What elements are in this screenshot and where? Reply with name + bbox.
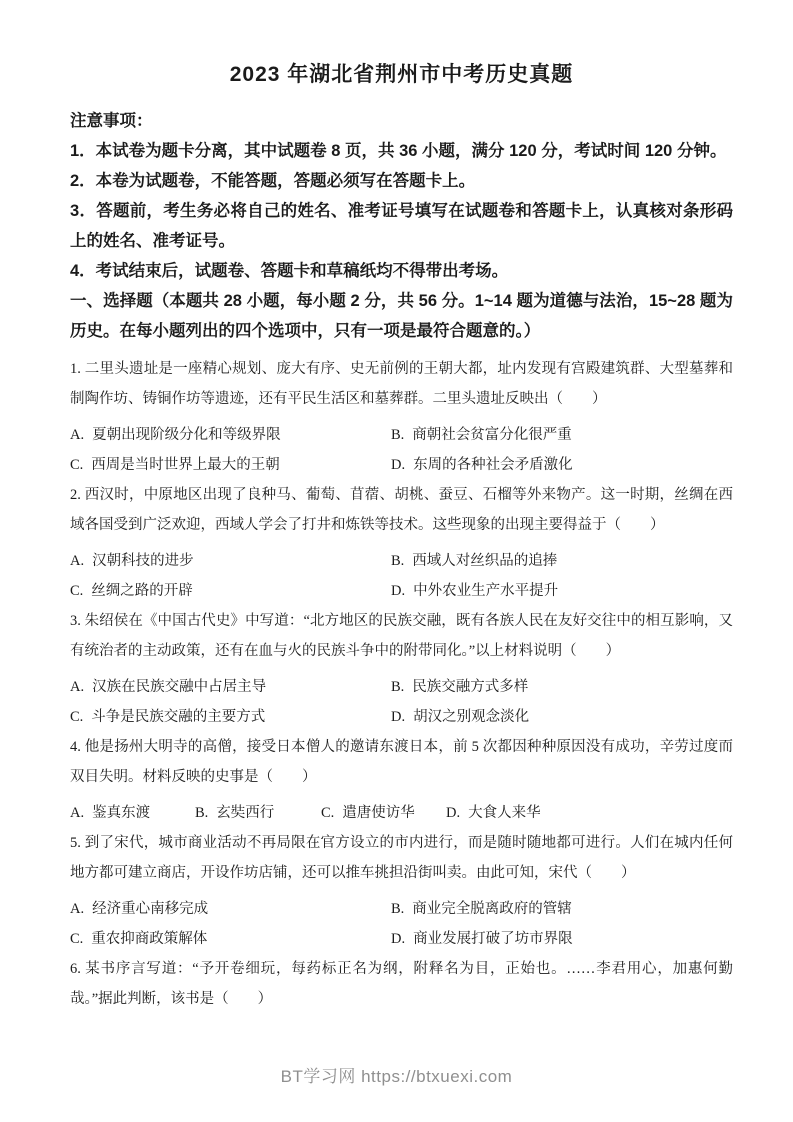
- option-c: C.西周是当时世界上最大的王朝: [70, 450, 391, 480]
- notice-heading: 注意事项：: [70, 106, 733, 136]
- question-4: 4. 他是扬州大明寺的高僧，接受日本僧人的邀请东渡日本，前 5 次都因种种原因没…: [70, 732, 733, 828]
- option-a: A.经济重心南移完成: [70, 894, 391, 924]
- question-3: 3. 朱绍侯在《中国古代史》中写道：“北方地区的民族交融，既有各族人民在友好交往…: [70, 606, 733, 732]
- question-stem: 6. 某书序言写道：“予开卷细玩，每药标正名为纲，附释名为目，正始也。……李君用…: [70, 954, 733, 1014]
- notice-item-1: 1．本试卷为题卡分离，其中试题卷 8 页，共 36 小题，满分 120 分，考试…: [70, 136, 733, 166]
- question-2: 2. 西汉时，中原地区出现了良种马、葡萄、苜蓿、胡桃、蚕豆、石榴等外来物产。这一…: [70, 480, 733, 606]
- question-options: A.鉴真东渡 B.玄奘西行 C.遣唐使访华 D.大食人来华: [70, 798, 733, 828]
- notice-block: 注意事项： 1．本试卷为题卡分离，其中试题卷 8 页，共 36 小题，满分 12…: [70, 106, 733, 286]
- exam-title: 2023 年湖北省荆州市中考历史真题: [70, 60, 733, 90]
- option-a: A.鉴真东渡: [70, 798, 195, 828]
- option-c: C.遣唐使访华: [321, 798, 446, 828]
- question-stem: 1. 二里头遗址是一座精心规划、庞大有序、史无前例的王朝大都，址内发现有宫殿建筑…: [70, 354, 733, 414]
- notice-item-3: 3．答题前，考生务必将自己的姓名、准考证号填写在试题卷和答题卡上，认真核对条形码…: [70, 196, 733, 256]
- question-options: A.经济重心南移完成 B.商业完全脱离政府的管辖 C.重农抑商政策解体 D.商业…: [70, 894, 733, 954]
- exam-paper-page: 2023 年湖北省荆州市中考历史真题 注意事项： 1．本试卷为题卡分离，其中试题…: [0, 0, 793, 1122]
- question-stem: 2. 西汉时，中原地区出现了良种马、葡萄、苜蓿、胡桃、蚕豆、石榴等外来物产。这一…: [70, 480, 733, 540]
- option-a: A.汉族在民族交融中占居主导: [70, 672, 391, 702]
- option-a: A.夏朝出现阶级分化和等级界限: [70, 420, 391, 450]
- option-d: D.商业发展打破了坊市界限: [391, 924, 733, 954]
- option-b: B.玄奘西行: [195, 798, 321, 828]
- question-stem: 4. 他是扬州大明寺的高僧，接受日本僧人的邀请东渡日本，前 5 次都因种种原因没…: [70, 732, 733, 792]
- option-b: B.商业完全脱离政府的管辖: [391, 894, 733, 924]
- watermark-footer: BT学习网 https://btxuexi.com: [0, 1062, 793, 1087]
- page-content: 2023 年湖北省荆州市中考历史真题 注意事项： 1．本试卷为题卡分离，其中试题…: [0, 0, 793, 1014]
- option-c: C.重农抑商政策解体: [70, 924, 391, 954]
- option-b: B.民族交融方式多样: [391, 672, 733, 702]
- section-heading-multiple-choice: 一、选择题（本题共 28 小题，每小题 2 分，共 56 分。1~14 题为道德…: [70, 286, 733, 346]
- option-d: D.大食人来华: [446, 798, 733, 828]
- option-a: A.汉朝科技的进步: [70, 546, 391, 576]
- option-b: B.商朝社会贫富分化很严重: [391, 420, 733, 450]
- option-d: D.中外农业生产水平提升: [391, 576, 733, 606]
- question-5: 5. 到了宋代，城市商业活动不再局限在官方设立的市内进行，而是随时随地都可进行。…: [70, 828, 733, 954]
- question-6: 6. 某书序言写道：“予开卷细玩，每药标正名为纲，附释名为目，正始也。……李君用…: [70, 954, 733, 1014]
- question-options: A.汉族在民族交融中占居主导 B.民族交融方式多样 C.斗争是民族交融的主要方式…: [70, 672, 733, 732]
- notice-item-4: 4．考试结束后，试题卷、答题卡和草稿纸均不得带出考场。: [70, 256, 733, 286]
- question-stem: 5. 到了宋代，城市商业活动不再局限在官方设立的市内进行，而是随时随地都可进行。…: [70, 828, 733, 888]
- question-options: A.夏朝出现阶级分化和等级界限 B.商朝社会贫富分化很严重 C.西周是当时世界上…: [70, 420, 733, 480]
- question-options: A.汉朝科技的进步 B.西域人对丝织品的追捧 C.丝绸之路的开辟 D.中外农业生…: [70, 546, 733, 606]
- option-c: C.丝绸之路的开辟: [70, 576, 391, 606]
- option-b: B.西域人对丝织品的追捧: [391, 546, 733, 576]
- notice-item-2: 2．本卷为试题卷，不能答题，答题必须写在答题卡上。: [70, 166, 733, 196]
- question-1: 1. 二里头遗址是一座精心规划、庞大有序、史无前例的王朝大都，址内发现有宫殿建筑…: [70, 354, 733, 480]
- option-d: D.东周的各种社会矛盾激化: [391, 450, 733, 480]
- option-c: C.斗争是民族交融的主要方式: [70, 702, 391, 732]
- question-stem: 3. 朱绍侯在《中国古代史》中写道：“北方地区的民族交融，既有各族人民在友好交往…: [70, 606, 733, 666]
- option-d: D.胡汉之别观念淡化: [391, 702, 733, 732]
